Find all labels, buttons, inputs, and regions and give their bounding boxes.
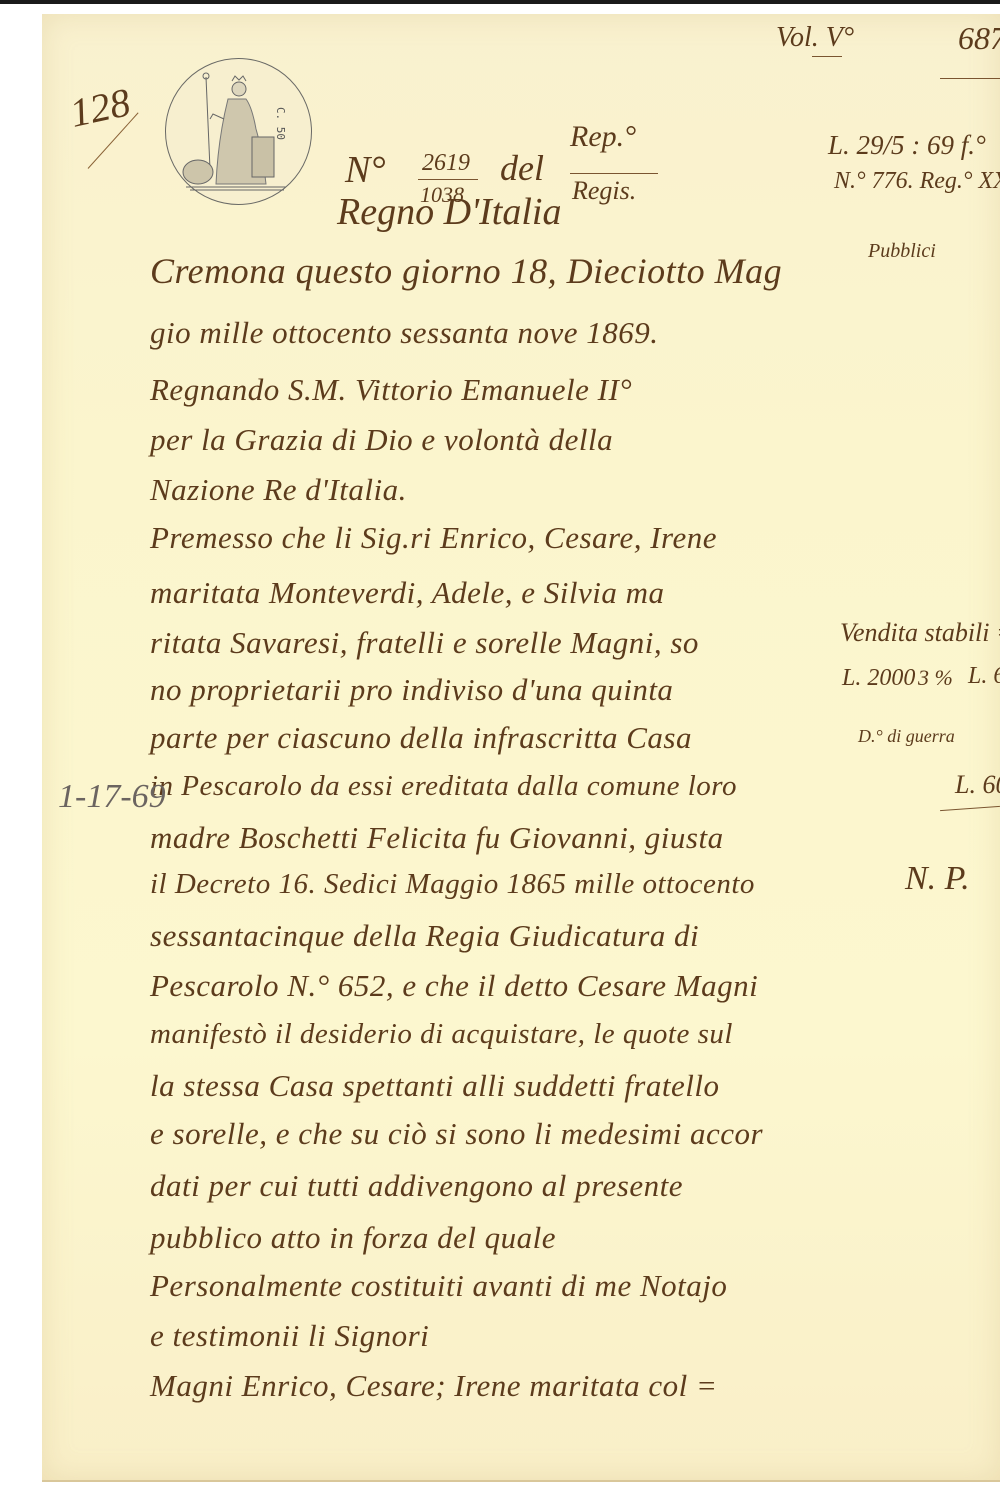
margin-note-sale-amount2: L. 6 <box>968 663 1000 690</box>
margin-note-war-duty: D.° di guerra <box>858 726 955 747</box>
body-line: e sorelle, e che su ciò si sono li medes… <box>150 1116 763 1152</box>
act-number-top: 2619 <box>422 150 470 177</box>
body-line: il Decreto 16. Sedici Maggio 1865 mille … <box>150 868 755 901</box>
margin-note-sale-title: Vendita stabili = <box>840 618 1000 648</box>
margin-note-sale-rate: 3 % <box>918 665 953 691</box>
italia-figure-icon <box>166 59 311 204</box>
margin-signature: N. P. <box>905 860 970 898</box>
volume-underline <box>812 56 842 57</box>
body-line: dati per cui tutti addivengono al presen… <box>150 1168 683 1204</box>
register-top: Rep.° <box>570 120 636 154</box>
margin-pencil-date: 1-17-69 <box>58 778 166 816</box>
body-line: in Pescarolo da essi ereditata dalla com… <box>150 770 737 803</box>
act-del: del <box>500 147 544 189</box>
scan-top-edge <box>0 0 1000 4</box>
stamp-value: C. 50 <box>274 107 287 140</box>
margin-note-sale-amount3: L. 60 <box>955 770 1000 800</box>
body-line: sessantacinque della Regia Giudicatura d… <box>150 918 699 954</box>
act-number-fraction-line <box>418 179 478 180</box>
kingdom-title: Regno D'Italia <box>337 190 561 234</box>
body-line: no proprietarii pro indiviso d'una quint… <box>150 672 673 708</box>
body-line: ritata Savaresi, fratelli e sorelle Magn… <box>150 625 699 661</box>
body-line: Nazione Re d'Italia. <box>150 472 407 508</box>
body-line: Cremona questo giorno 18, Dieciotto Mag <box>150 250 782 292</box>
body-line: maritata Monteverdi, Adele, e Silvia ma <box>150 575 665 611</box>
page-underline <box>940 78 1000 79</box>
register-fraction-line <box>570 173 658 174</box>
body-line: Premesso che li Sig.ri Enrico, Cesare, I… <box>150 520 717 556</box>
page-number: 687 <box>958 20 1000 57</box>
body-line: pubblico atto in forza del quale <box>150 1220 556 1256</box>
margin-note-fee: L. 29/5 : 69 f.° <box>828 130 986 161</box>
margin-note-pubblici: Pubblici <box>868 240 936 263</box>
act-prefix: N° <box>345 148 386 192</box>
body-line: Magni Enrico, Cesare; Irene maritata col… <box>150 1368 717 1404</box>
body-line: Personalmente costituiti avanti di me No… <box>150 1268 727 1304</box>
volume-label: Vol. V° <box>776 22 854 54</box>
margin-note-sale-amount: L. 2000 <box>842 665 915 692</box>
body-line: madre Boschetti Felicita fu Giovanni, gi… <box>150 820 724 856</box>
body-line: la stessa Casa spettanti alli suddetti f… <box>150 1068 719 1104</box>
margin-note-register: N.° 776. Reg.° XX <box>834 168 1000 195</box>
body-line: per la Grazia di Dio e volontà della <box>150 422 613 458</box>
body-line: e testimonii li Signori <box>150 1318 429 1354</box>
body-line: Pescarolo N.° 652, e che il detto Cesare… <box>150 968 758 1004</box>
body-line: manifestò il desiderio di acquistare, le… <box>150 1018 733 1051</box>
body-line: Regnando S.M. Vittorio Emanuele II° <box>150 372 632 408</box>
register-bottom: Regis. <box>572 176 636 206</box>
body-line: gio mille ottocento sessanta nove 1869. <box>150 315 659 351</box>
revenue-stamp: C. 50 <box>165 58 312 205</box>
body-line: parte per ciascuno della infrascritta Ca… <box>150 720 692 756</box>
